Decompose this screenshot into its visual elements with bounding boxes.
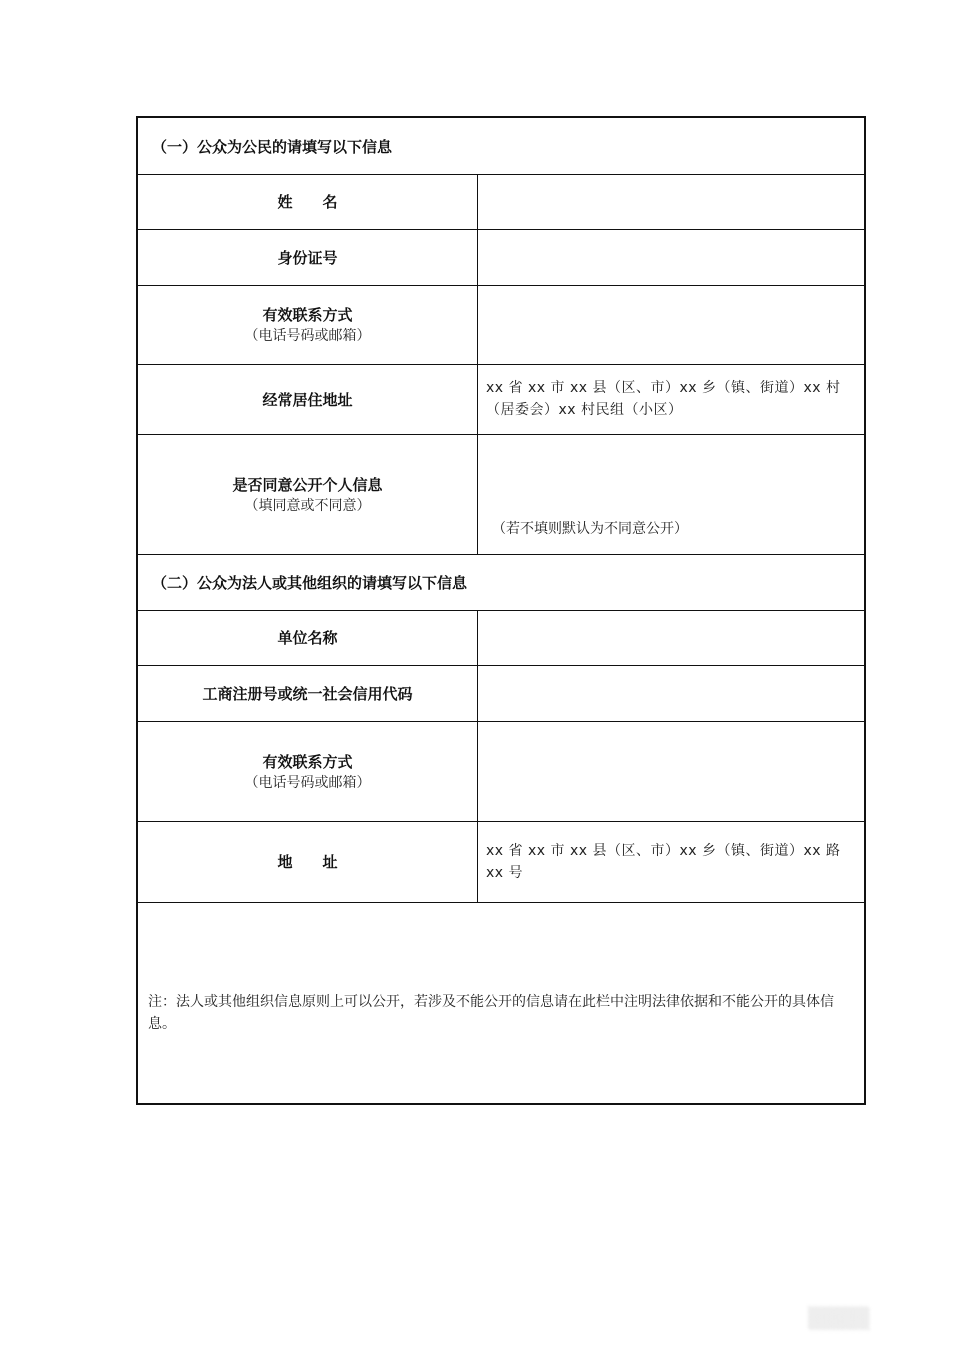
- credit-code-field[interactable]: [478, 666, 864, 721]
- org-address-field[interactable]: xx 省 xx 市 xx 县（区、市）xx 乡（镇、街道）xx 路 xx 号: [478, 822, 864, 902]
- info-form-table: （一）公众为公民的请填写以下信息 姓 名 身份证号 有效联系方式 （电话号码或邮…: [136, 116, 866, 1105]
- name-field[interactable]: [478, 175, 864, 229]
- row-org-contact: 有效联系方式 （电话号码或邮箱）: [138, 722, 864, 822]
- row-id-number: 身份证号: [138, 230, 864, 286]
- contact-label: 有效联系方式: [262, 304, 352, 326]
- row-credit-code: 工商注册号或统一社会信用代码: [138, 666, 864, 722]
- org-name-field[interactable]: [478, 611, 864, 665]
- note-text: 注：法人或其他组织信息原则上可以公开，若涉及不能公开的信息请在此栏中注明法律依据…: [148, 991, 856, 1035]
- row-contact: 有效联系方式 （电话号码或邮箱）: [138, 286, 864, 365]
- residence-address-field[interactable]: xx 省 xx 市 xx 县（区、市）xx 乡（镇、街道）xx 村（居委会）xx…: [478, 365, 864, 434]
- consent-hint: （若不填则默认为不同意公开）: [492, 518, 688, 538]
- org-address-value: xx 省 xx 市 xx 县（区、市）xx 乡（镇、街道）xx 路 xx 号: [486, 840, 856, 884]
- id-number-label: 身份证号: [277, 247, 337, 269]
- consent-label: 是否同意公开个人信息: [232, 474, 382, 496]
- org-name-label: 单位名称: [277, 627, 337, 649]
- org-contact-label: 有效联系方式: [262, 751, 352, 773]
- contact-sublabel: （电话号码或邮箱）: [245, 326, 371, 346]
- row-name: 姓 名: [138, 175, 864, 230]
- watermark-logo: ▒▒▒▒: [808, 1306, 870, 1330]
- org-address-label: 地 址: [277, 851, 337, 873]
- section1-header: （一）公众为公民的请填写以下信息: [138, 118, 864, 175]
- org-contact-sublabel: （电话号码或邮箱）: [245, 773, 371, 793]
- section2-header: （二）公众为法人或其他组织的请填写以下信息: [138, 555, 864, 611]
- section2-title: （二）公众为法人或其他组织的请填写以下信息: [152, 555, 467, 610]
- row-consent: 是否同意公开个人信息 （填同意或不同意） （若不填则默认为不同意公开）: [138, 435, 864, 555]
- row-org-name: 单位名称: [138, 611, 864, 666]
- credit-code-label: 工商注册号或统一社会信用代码: [202, 683, 412, 705]
- residence-address-label: 经常居住地址: [262, 389, 352, 411]
- residence-address-value: xx 省 xx 市 xx 县（区、市）xx 乡（镇、街道）xx 村（居委会）xx…: [486, 377, 856, 421]
- name-label: 姓 名: [277, 191, 337, 213]
- consent-field[interactable]: （若不填则默认为不同意公开）: [478, 435, 864, 554]
- contact-field[interactable]: [478, 286, 864, 364]
- section1-title: （一）公众为公民的请填写以下信息: [152, 118, 392, 174]
- consent-sublabel: （填同意或不同意）: [245, 496, 371, 516]
- org-contact-field[interactable]: [478, 722, 864, 821]
- row-note[interactable]: 注：法人或其他组织信息原则上可以公开，若涉及不能公开的信息请在此栏中注明法律依据…: [138, 903, 864, 1103]
- row-residence-address: 经常居住地址 xx 省 xx 市 xx 县（区、市）xx 乡（镇、街道）xx 村…: [138, 365, 864, 435]
- id-number-field[interactable]: [478, 230, 864, 285]
- row-org-address: 地 址 xx 省 xx 市 xx 县（区、市）xx 乡（镇、街道）xx 路 xx…: [138, 822, 864, 903]
